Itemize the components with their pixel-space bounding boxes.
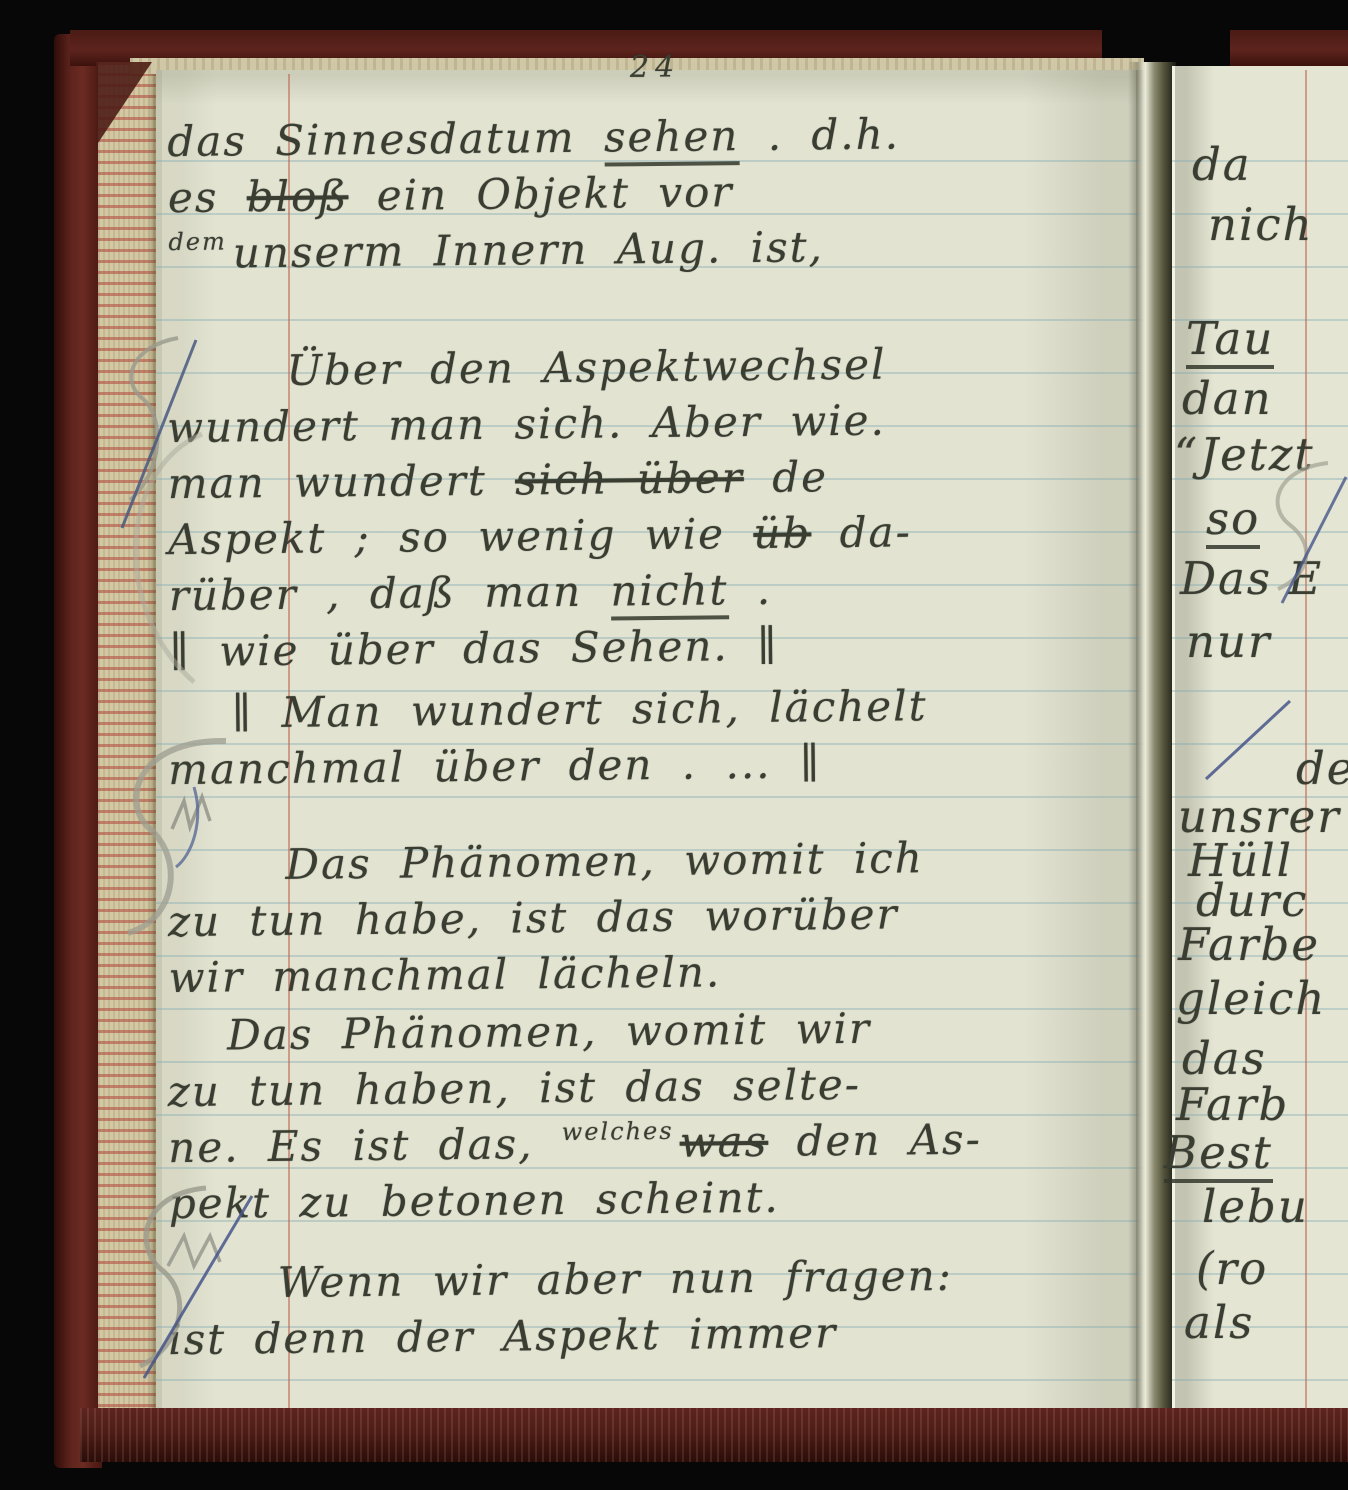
handwriting-fragment: Das E	[1180, 552, 1323, 605]
handwriting-run: da-	[811, 507, 912, 557]
page-block-edge-speckled	[98, 62, 156, 1412]
handwriting-line: wundert man sich. Aber wie.	[167, 393, 1143, 459]
handwriting-fragment: nich	[1208, 198, 1314, 251]
handwriting-line: man wundert sich über de	[167, 449, 1143, 515]
handwriting-line: Aspekt ; so wenig wie üb da-	[168, 505, 1144, 571]
paragraph: Über den Aspektwechselwundert man sich. …	[166, 337, 1144, 683]
handwriting-run: sich über	[515, 453, 744, 504]
handwriting-run: den As-	[768, 1115, 982, 1166]
handwriting-run: Aspekt ; so wenig wie	[168, 509, 754, 564]
handwriting-run: manchmal über den . ... ∥	[168, 738, 821, 794]
handwriting-run: .	[728, 565, 772, 614]
paragraph: Das Phänomen, womit wirzu tun haben, ist…	[167, 1001, 1144, 1235]
handwriting-fragment: lebu	[1202, 1180, 1309, 1233]
handwriting-line: es bloß ein Objekt vor	[168, 163, 1144, 229]
left-page-handwriting: das Sinnesdatum sehen . d.h.es bloß ein …	[168, 112, 1143, 1366]
handwriting-run: zu tun haben, ist das selte-	[167, 1060, 861, 1116]
handwriting-fragment: de	[1296, 742, 1348, 795]
handwriting-line: Das Phänomen, womit ich	[167, 831, 1143, 897]
paragraph: Das Phänomen, womit ichzu tun habe, ist …	[167, 831, 1144, 1009]
handwriting-run: üb	[753, 508, 811, 558]
handwriting-run: rüber , daß man	[169, 566, 611, 620]
paragraph: Wenn wir aber nun fragen:ist denn der As…	[167, 1249, 1143, 1371]
handwriting-line: zu tun habe, ist das worüber	[168, 887, 1144, 953]
handwriting-run: Das Phänomen, womit wir	[227, 1004, 871, 1060]
handwriting-fragment: Farbe	[1178, 918, 1320, 971]
handwriting-fragment: nur	[1186, 615, 1271, 668]
handwriting-line: pekt zu betonen scheint.	[169, 1169, 1145, 1235]
handwriting-line: ist denn der Aspekt immer	[168, 1305, 1144, 1371]
handwriting-line: ∥ wie über das Sehen. ∥	[169, 617, 1145, 683]
handwriting-run: wir manchmal lächeln.	[168, 947, 721, 1002]
handwriting-fragment: als	[1184, 1296, 1254, 1349]
handwriting-run: es	[168, 172, 247, 222]
handwriting-run: zu tun habe, ist das worüber	[168, 889, 899, 946]
handwriting-line: demunserm Innern Aug. ist,	[168, 219, 1144, 285]
handwriting-run: dem	[168, 227, 227, 256]
handwriting-fragment: Tau	[1186, 312, 1274, 369]
notebook-photo: 24 das Sinnesdatum sehen . d.h.es bloß e…	[0, 0, 1348, 1490]
handwriting-line: manchmal über den . ... ∥	[168, 735, 1144, 801]
paragraph: das Sinnesdatum sehen . d.h.es bloß ein …	[167, 107, 1144, 285]
handwriting-line: das Sinnesdatum sehen . d.h.	[167, 107, 1143, 173]
handwriting-line: ∥ Man wundert sich, lächelt	[167, 679, 1143, 745]
handwriting-fragment: dan	[1182, 372, 1273, 425]
paragraph: ∥ Man wundert sich, lächeltmanchmal über…	[167, 679, 1143, 801]
handwriting-line: Über den Aspektwechsel	[166, 337, 1142, 403]
handwriting-fragment: Farb	[1176, 1078, 1289, 1131]
handwriting-run: wundert man sich. Aber wie.	[167, 396, 886, 453]
handwriting-run: ne. Es ist das,	[168, 1119, 562, 1172]
leather-texture	[80, 1408, 1348, 1462]
handwriting-run: pekt zu betonen scheint.	[169, 1173, 780, 1228]
handwriting-line: ne. Es ist das, welcheswas den As-	[168, 1113, 1144, 1179]
page-number: 24	[630, 50, 680, 85]
handwriting-line: rüber , daß man nicht .	[169, 561, 1145, 627]
handwriting-run: ist denn der Aspekt immer	[168, 1308, 837, 1364]
handwriting-run: man wundert	[167, 455, 515, 508]
handwriting-fragment: Best	[1164, 1126, 1273, 1183]
handwriting-run: nicht	[610, 565, 728, 620]
handwriting-run: sehen	[604, 111, 740, 166]
handwriting-run: Das Phänomen, womit ich	[285, 833, 924, 889]
handwriting-line: wir manchmal lächeln.	[168, 943, 1144, 1009]
handwriting-fragment: da	[1192, 138, 1252, 191]
handwriting-run: was	[679, 1117, 768, 1167]
handwriting-run: Wenn wir aber nun fragen:	[277, 1251, 953, 1307]
handwriting-fragment: “Jetzt	[1174, 428, 1315, 481]
handwriting-fragment: so	[1206, 492, 1260, 549]
handwriting-run: unserm Innern Aug. ist,	[233, 222, 824, 277]
handwriting-run: ∥ Man wundert sich, lächelt	[231, 681, 927, 737]
leather-cover-left-edge	[54, 34, 102, 1468]
handwriting-run: de	[744, 452, 829, 502]
handwriting-line: Wenn wir aber nun fragen:	[167, 1249, 1143, 1315]
handwriting-run: ∥ wie über das Sehen. ∥	[169, 621, 779, 676]
handwriting-fragment: gleich	[1176, 972, 1326, 1025]
handwriting-run: welches	[562, 1117, 674, 1146]
handwriting-run: bloß	[246, 171, 348, 221]
leather-cover-bottom-edge	[80, 1408, 1348, 1462]
handwriting-run: . d.h.	[739, 109, 900, 160]
handwriting-run: ein Objekt vor	[348, 167, 734, 220]
handwriting-line: Das Phänomen, womit wir	[167, 1001, 1143, 1067]
handwriting-fragment: (ro	[1196, 1242, 1268, 1295]
handwriting-run: Über den Aspektwechsel	[286, 340, 886, 395]
handwriting-line: zu tun haben, ist das selte-	[167, 1057, 1143, 1123]
handwriting-run: das Sinnesdatum	[167, 113, 604, 167]
